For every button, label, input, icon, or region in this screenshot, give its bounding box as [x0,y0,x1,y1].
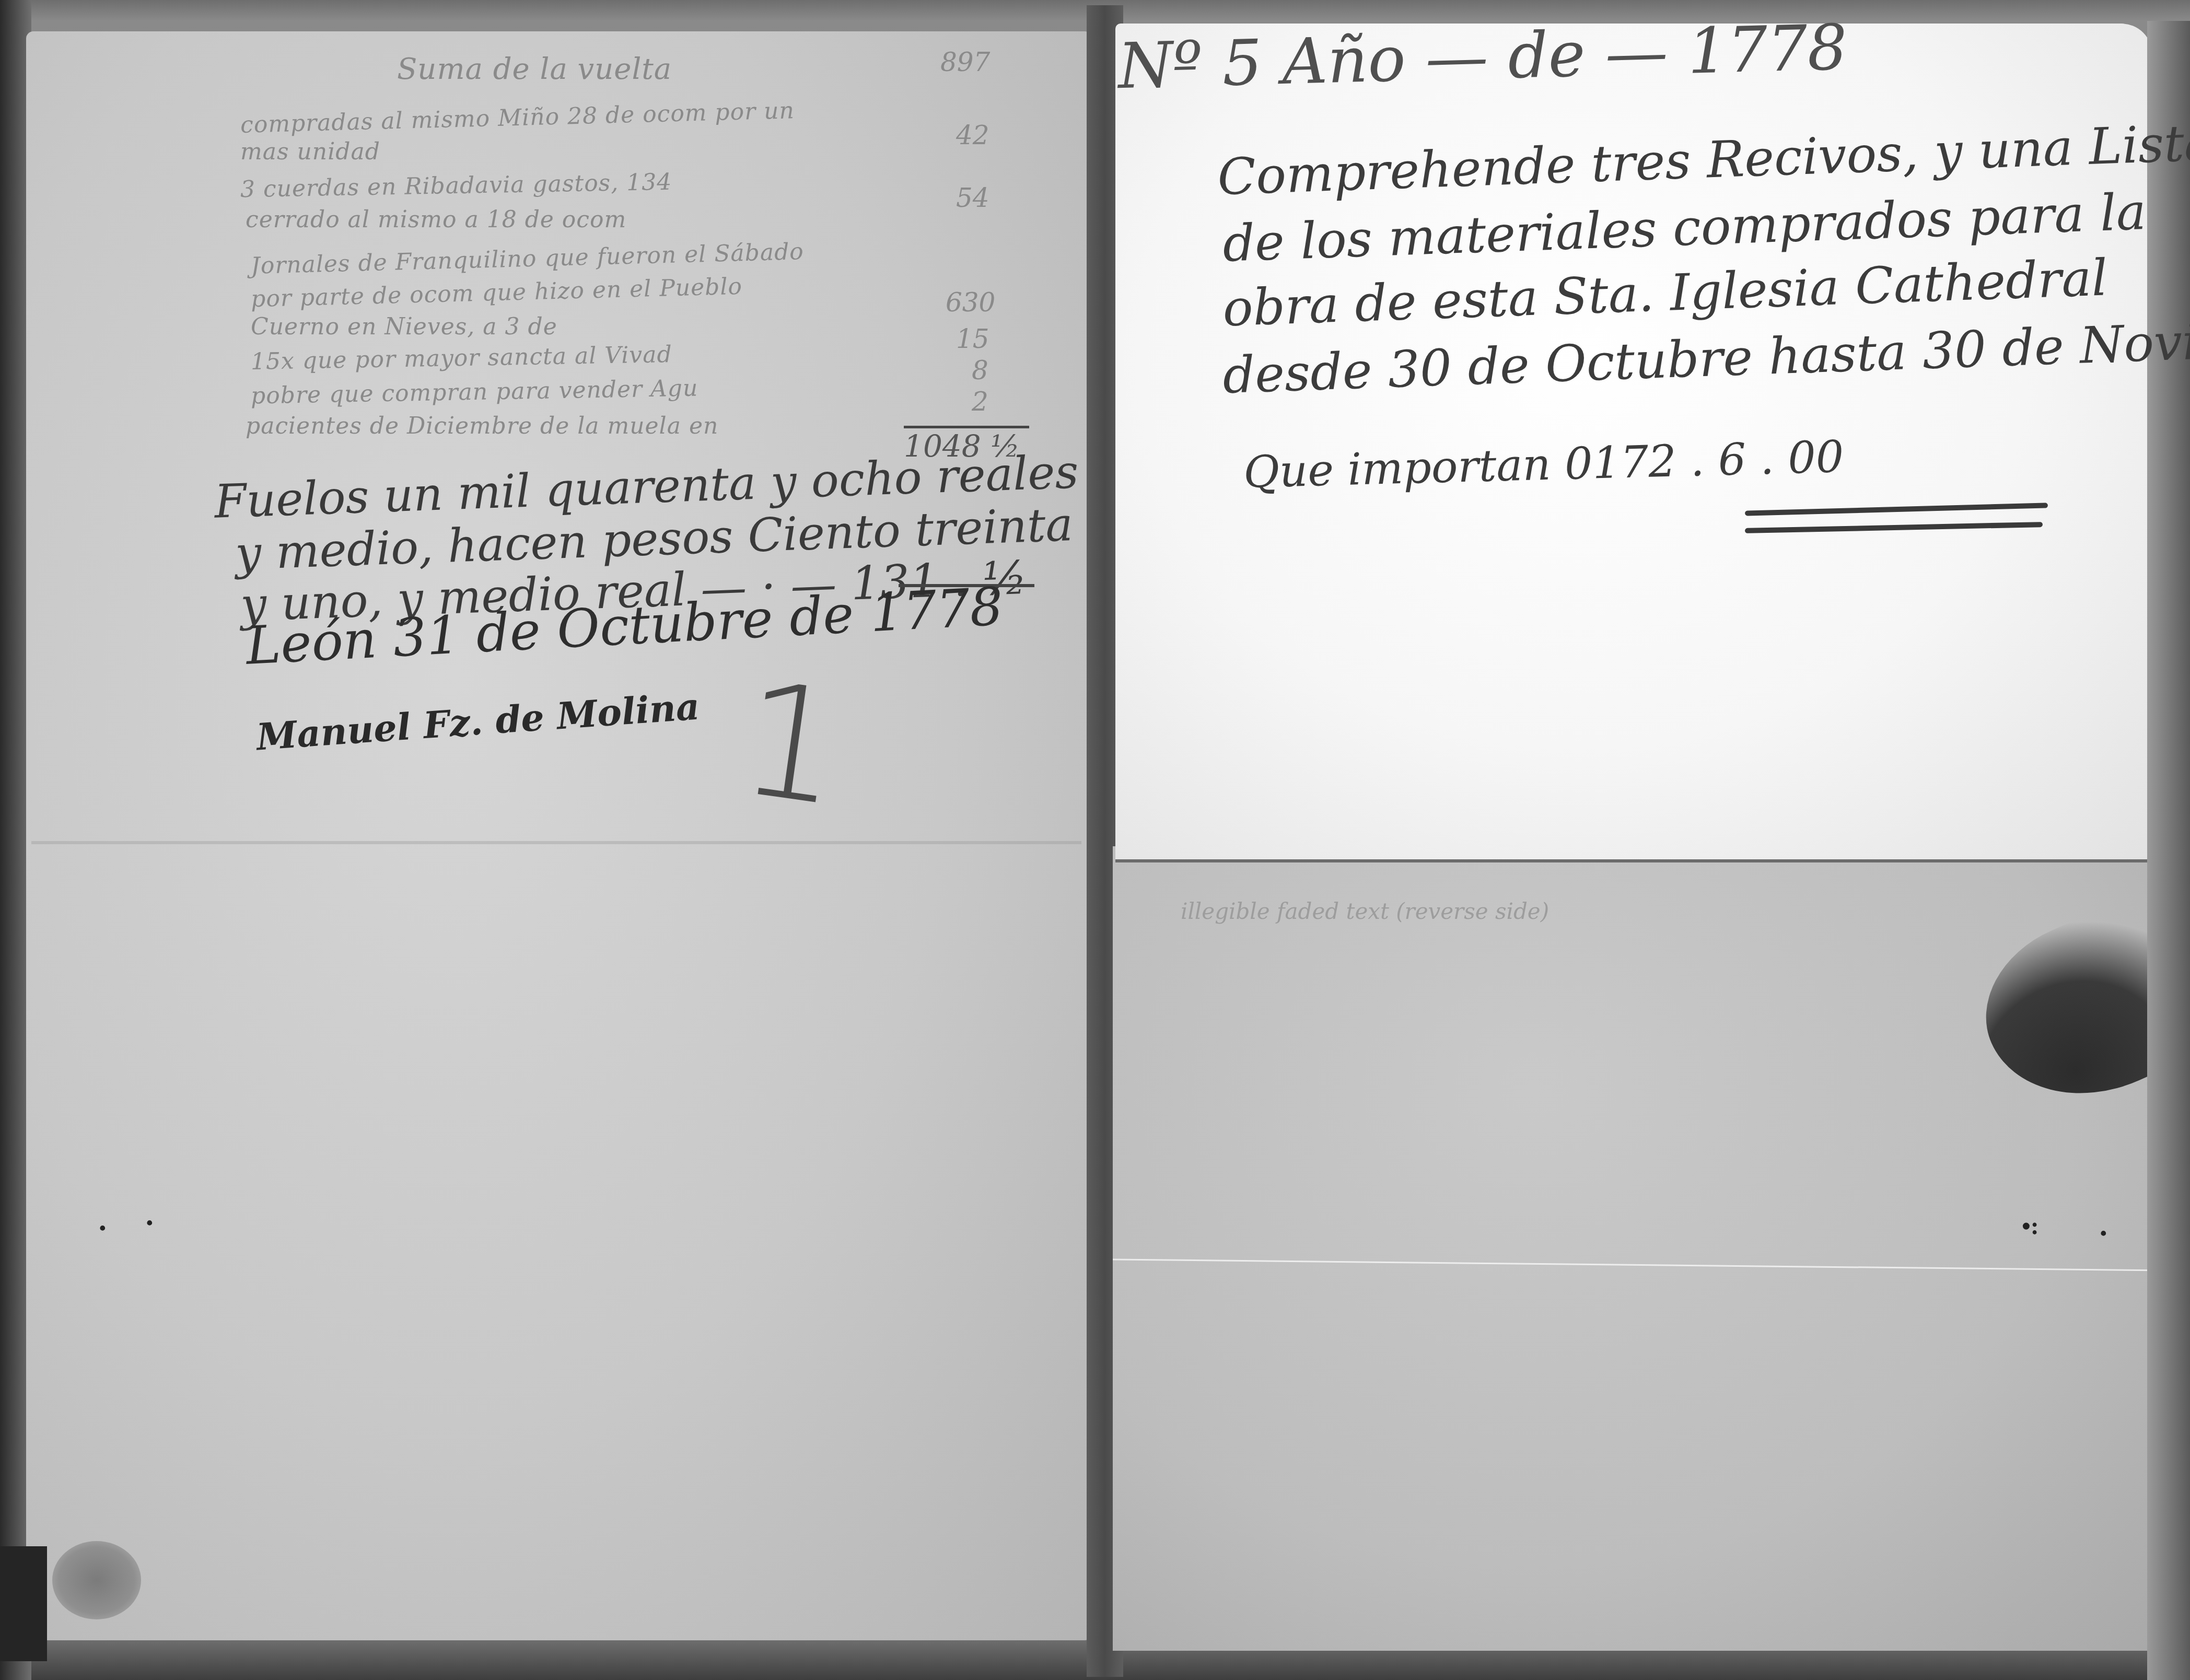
amount: 8 [972,355,988,386]
amount: 897 [940,47,990,77]
amount: 630 [946,287,995,318]
binding-clip [0,1546,47,1661]
left-heading: Suma de la vuelta [397,52,672,86]
ink-spot: • [99,1217,106,1239]
page-edge-shadow [2147,21,2190,1680]
ink-spot: •: [2022,1212,2039,1241]
left-page [26,31,1092,1640]
ink-spot: • [146,1212,153,1234]
ink-spot: • [2100,1222,2107,1244]
amount: 54 [956,183,989,213]
ledger-line: mas unidad [240,138,380,165]
fold-crease [31,841,1081,844]
amount: 2 [972,387,988,417]
amount: 42 [956,120,989,150]
ledger-line: Cuerno en Nieves, a 3 de [251,313,557,340]
amount: 15 [956,324,989,354]
bleed-through-text: illegible faded text (reverse side) [1181,899,1549,924]
ledger-line: cerrado al mismo a 18 de ocom [246,206,626,233]
water-stain [52,1541,141,1619]
ledger-line: pacientes de Diciembre de la muela en [246,413,718,439]
